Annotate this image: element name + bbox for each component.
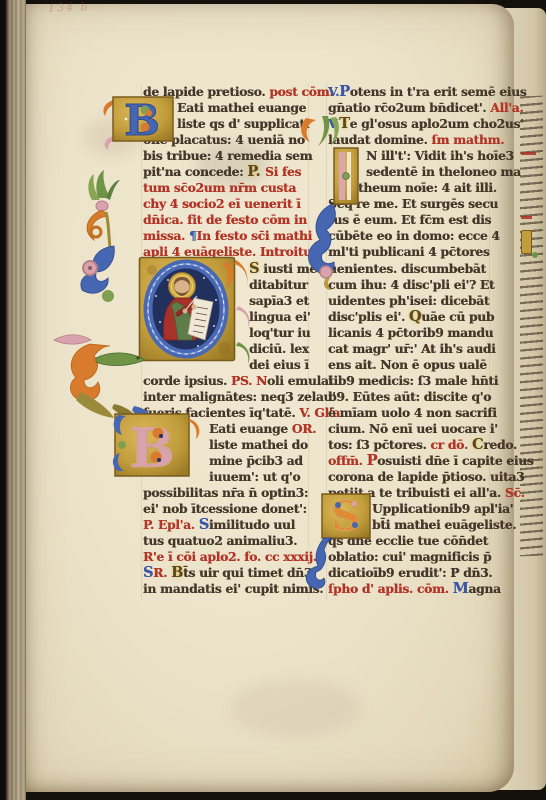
next-page-gold-initial [521, 230, 532, 254]
text-line: tum sc̄o2um nr̄m custa [143, 180, 307, 196]
text-segment: otens in t'ra erit semē eius [350, 84, 527, 99]
book-gutter-binding [0, 0, 26, 800]
text-line: licanis 4 pc̄torib9 mandu [328, 325, 490, 341]
text-line: ē mīam uolo 4 non sacrifi [328, 405, 490, 421]
text-segment: mine p̄cib3 ad [209, 453, 303, 468]
text-segment: OR. [292, 421, 316, 436]
text-segment: sapīa3 et [249, 293, 309, 308]
text-line: R'e ī cōi aplo2. fo. cc xxxij. [143, 549, 307, 565]
text-line: inter malignātes: neq3 zelau' [143, 389, 307, 405]
text-segment: diciū. lex [249, 341, 309, 356]
text-segment: loq'tur iu [249, 325, 310, 340]
text-line: b9. Eūtes aūt: discite q'o [328, 389, 490, 405]
text-segment: ſm mathm. [431, 132, 504, 147]
initial-letter-filigree: S [332, 493, 361, 540]
text-segment: possibilitas nr̄a n̄ optin3: [143, 485, 308, 500]
text-segment: licanis 4 pc̄torib9 mandu [328, 325, 493, 340]
text-segment: tum sc̄o2um nr̄m custa [143, 180, 296, 195]
text-segment: cium. Nō enī uei uocare i' [328, 421, 498, 436]
text-segment: tos: ſ3 pc̄tores. [328, 437, 430, 452]
text-segment: N ill't': Vidit ih's hoīe3 [366, 148, 514, 163]
text-segment: chy 4 socio2 eī uenerit ī [143, 196, 301, 211]
text-line: cat magr' ur̄:' At ih's audi [328, 341, 490, 357]
text-segment: corona de lapide p̄tioso. uita3 [328, 469, 524, 484]
text-segment: R. [153, 565, 171, 580]
text-line: offm̄. Posuisti dn̄e ī capite eius [328, 453, 490, 469]
text-segment: lingua ei' [249, 309, 310, 324]
text-segment: imilitudo uul [209, 517, 295, 532]
text-line: V.Potens in t'ra erit semē eius [328, 84, 490, 100]
text-segment: t̄s uir qui timet dn̄3 [183, 565, 312, 580]
text-segment: tib9 medicis: ſ3 male hn̄ti [328, 373, 498, 388]
text-segment: liste qs d' supplicati [177, 116, 309, 131]
text-segment: agna [468, 581, 500, 596]
text-segment: C [472, 436, 483, 453]
text-segment: cat magr' ur̄:' At ih's audi [328, 341, 495, 356]
text-segment: M [453, 580, 469, 597]
text-segment: theum noīe: 4 ait illi. [358, 180, 497, 195]
text-segment: ¶ [189, 228, 197, 243]
text-line: SR. Bt̄s uir qui timet dn̄3 [143, 565, 307, 581]
text-segment: Sc̄. [505, 485, 525, 500]
text-line: corde ipsius. PS. Noli emulaī [143, 373, 307, 389]
text-segment: P [339, 83, 350, 100]
text-segment: disc'plis ei'. [328, 309, 409, 324]
text-segment: Eati mathei euange [177, 100, 306, 115]
text-line: disc'plis ei'. Quāe cū pub [328, 309, 490, 325]
text-segment: P [367, 452, 378, 469]
text-segment: S [199, 516, 209, 533]
manuscript-page-photo: 134 b de lapide pretioso. post cōm.Eati … [0, 0, 546, 800]
text-segment: oli emulaī [267, 373, 333, 388]
margin-acanthus-border [50, 168, 160, 428]
text-line: possibilitas nr̄a n̄ optin3: [143, 485, 307, 501]
text-segment: uāe cū pub [421, 309, 494, 324]
text-segment: redo. [483, 437, 517, 452]
text-line: tos: ſ3 pc̄tores. cr dō. Credo. [328, 437, 490, 453]
text-segment: sedentē in theloneo ma [366, 164, 521, 179]
text-segment: dei eius ī [249, 357, 309, 372]
margin-leaf-cluster [232, 258, 256, 370]
text-segment: bis tribue: 4 remedia sem [143, 148, 312, 163]
text-segment: In festo sc̄i mathi [197, 228, 312, 243]
illuminated-initial-I: I [296, 112, 366, 292]
text-line: P. Epl'a. Similitudo uul [143, 517, 307, 533]
next-page-leaf-dot [532, 252, 538, 258]
folio-number: 134 b [48, 0, 90, 14]
text-line: pit'na concede: P. Si fes [143, 164, 307, 180]
initial-letter: B [124, 96, 160, 145]
text-segment: uidentes ph'isei: dicebāt [328, 293, 489, 308]
text-segment: tus quatuo2 animaliu3. [143, 533, 297, 548]
text-line: in mandatis ei' cupit nimis. [143, 581, 307, 597]
text-line: ei' nob ītcessione donet': [143, 501, 307, 517]
text-segment: Upplicationib9 apl'ia' [372, 501, 513, 516]
text-segment: b9. Eūtes aūt: discite q'o [328, 389, 491, 404]
text-segment: Eati euange [209, 421, 292, 436]
text-line: cium. Nō enī uei uocare i' [328, 421, 490, 437]
text-segment: osuisti dn̄e ī capite eius [377, 453, 533, 468]
text-segment: iuuem': ut q'o [209, 469, 300, 484]
text-line: corona de lapide p̄tioso. uita3 [328, 469, 490, 485]
text-segment: ens ait. Non ē opus ualē [328, 357, 487, 372]
text-segment: post cōm. [269, 84, 333, 99]
text-line: tus quatuo2 animaliu3. [143, 533, 307, 549]
initial-letter-filigree: B [129, 416, 175, 480]
text-segment: V. [328, 84, 339, 99]
text-line: missa. ¶In festo sc̄i mathi [143, 228, 307, 244]
text-line: ens ait. Non ē opus ualē [328, 357, 490, 373]
illuminated-initial-B2: B B [114, 413, 208, 479]
parchment-stain [230, 680, 360, 736]
illuminated-initial-B1: B [112, 96, 174, 142]
text-segment: dn̄ica. fit de festo cōm in [143, 212, 307, 227]
text-segment: bt̄i mathei euāgeliste. [372, 517, 516, 532]
text-segment: P. Epl'a. [143, 517, 199, 532]
text-segment: offm̄. [328, 453, 367, 468]
text-segment: liste mathei do [209, 437, 308, 452]
text-segment: B [171, 564, 183, 581]
text-line: chy 4 socio2 eī uenerit ī [143, 196, 307, 212]
next-page-rubric-mark [521, 152, 536, 155]
text-segment: Q [409, 308, 421, 325]
text-line: tib9 medicis: ſ3 male hn̄ti [328, 373, 490, 389]
illuminated-initial-S: S S [294, 492, 374, 594]
text-segment: e gl'osus aplo2um cho2us' [350, 116, 524, 131]
text-line: uidentes ph'isei: dicebāt [328, 293, 490, 309]
text-segment: ē mīam uolo 4 non sacrifi [328, 405, 497, 420]
text-segment: PS. N [231, 373, 267, 388]
text-line: dn̄ica. fit de festo cōm in [143, 212, 307, 228]
text-line: bis tribue: 4 remedia sem [143, 148, 307, 164]
text-segment: All'a. [490, 100, 523, 115]
text-segment: R'e ī cōi aplo2. fo. cc xxxij. [143, 549, 317, 564]
text-segment: cr dō. [430, 437, 472, 452]
text-segment: inter malignātes: neq3 zelau' [143, 389, 336, 404]
next-page-rubric-mark [521, 216, 532, 219]
text-segment: S [143, 564, 153, 581]
text-segment: ei' nob ītcessione donet': [143, 501, 307, 516]
text-segment: P. [247, 163, 265, 180]
